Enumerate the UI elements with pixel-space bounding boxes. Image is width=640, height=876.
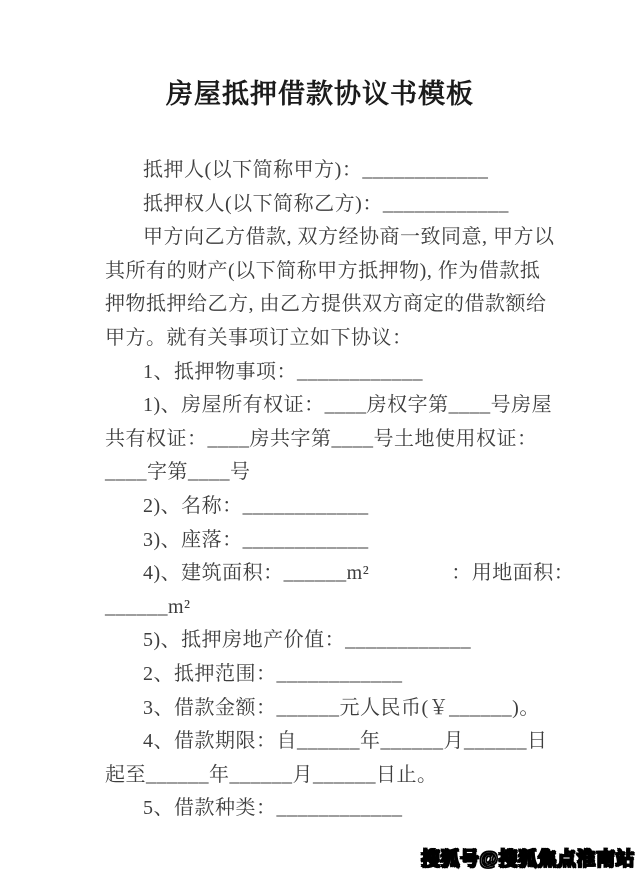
document-line: 2、抵押范围：____________ xyxy=(105,658,553,692)
document-line: 抵押人(以下简称甲方)：____________ xyxy=(105,154,553,188)
document-line: 5、借款种类：____________ xyxy=(105,792,553,826)
document-line: 其所有的财产(以下简称甲方抵押物), 作为借款抵 xyxy=(105,255,553,289)
document-line: ______m² xyxy=(105,591,553,625)
document-line: 甲方。就有关事项订立如下协议： xyxy=(105,322,553,356)
document-line: 2)、名称：____________ xyxy=(105,490,553,524)
document-line: 甲方向乙方借款, 双方经协商一致同意, 甲方以 xyxy=(105,221,553,255)
document-page: 房屋抵押借款协议书模板 抵押人(以下简称甲方)：____________抵押权人… xyxy=(0,0,640,876)
document-line: 3、借款金额：______元人民币(￥______)。 xyxy=(105,692,553,726)
document-body: 抵押人(以下简称甲方)：____________抵押权人(以下简称乙方)：___… xyxy=(105,154,553,826)
document-line: 4、借款期限：自______年______月______日 xyxy=(105,725,553,759)
document-line: 4)、建筑面积：______m² ：用地面积： xyxy=(105,557,553,591)
document-line: 抵押权人(以下简称乙方)：____________ xyxy=(105,188,553,222)
document-line: 1)、房屋所有权证：____房权字第____号房屋 xyxy=(105,389,553,423)
document-line: 3)、座落：____________ xyxy=(105,524,553,558)
document-line: 1、抵押物事项：____________ xyxy=(105,356,553,390)
document-line: ____字第____号 xyxy=(105,456,553,490)
document-line: 起至______年______月______日止。 xyxy=(105,759,553,793)
watermark: 搜狐号@搜狐焦点淮南站 xyxy=(421,844,635,871)
document-line: 押物抵押给乙方, 由乙方提供双方商定的借款额给 xyxy=(105,288,553,322)
document-line: 共有权证：____房共字第____号土地使用权证： xyxy=(105,423,553,457)
document-line: 5)、抵押房地产价值：____________ xyxy=(105,624,553,658)
document-title: 房屋抵押借款协议书模板 xyxy=(0,72,640,111)
